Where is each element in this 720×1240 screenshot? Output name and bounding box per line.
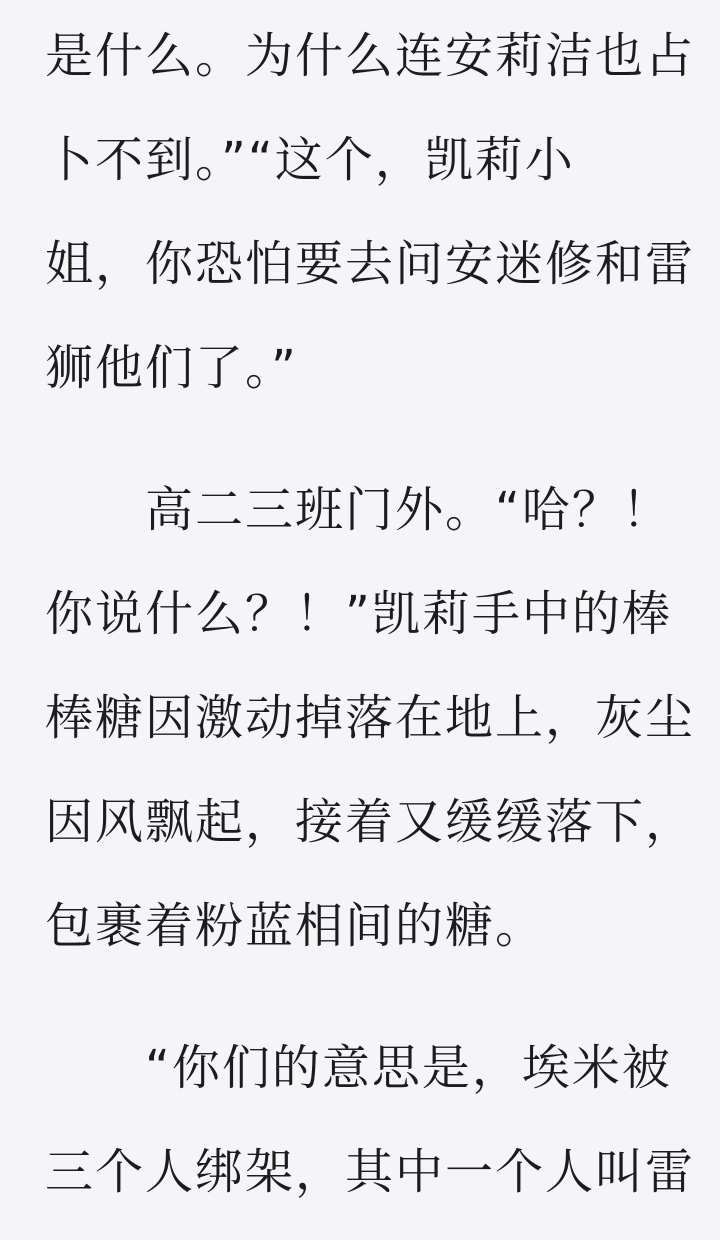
text-line: 因风飘起，接着又缓缓落下，	[45, 770, 700, 874]
paragraph: 高二三班门外。“哈？！ 你说什么？！”凯莉手中的棒 棒糖因激动掉落在地上，灰尘 …	[45, 458, 700, 978]
paragraph: “你们的意思是，埃米被 三个人绑架，其中一个人叫雷	[45, 1016, 700, 1224]
text-line: 姐，你恐怕要去问安迷修和雷	[45, 212, 700, 316]
text-line: “你们的意思是，埃米被	[45, 1016, 700, 1120]
reader-page[interactable]: 是什么。为什么连安莉洁也占 卜不到。”“这个，凯莉小 姐，你恐怕要去问安迷修和雷…	[0, 0, 720, 1240]
text-line: 三个人绑架，其中一个人叫雷	[45, 1120, 700, 1224]
text-line: 卜不到。”“这个，凯莉小	[45, 108, 700, 212]
text-line: 你说什么？！”凯莉手中的棒	[45, 562, 700, 666]
paragraph: 是什么。为什么连安莉洁也占 卜不到。”“这个，凯莉小 姐，你恐怕要去问安迷修和雷…	[45, 4, 700, 420]
text-line: 包裹着粉蓝相间的糖。	[45, 874, 700, 978]
text-line: 狮他们了。”	[45, 316, 700, 420]
text-line: 高二三班门外。“哈？！	[45, 458, 700, 562]
text-line: 是什么。为什么连安莉洁也占	[45, 4, 700, 108]
text-line: 棒糖因激动掉落在地上，灰尘	[45, 666, 700, 770]
